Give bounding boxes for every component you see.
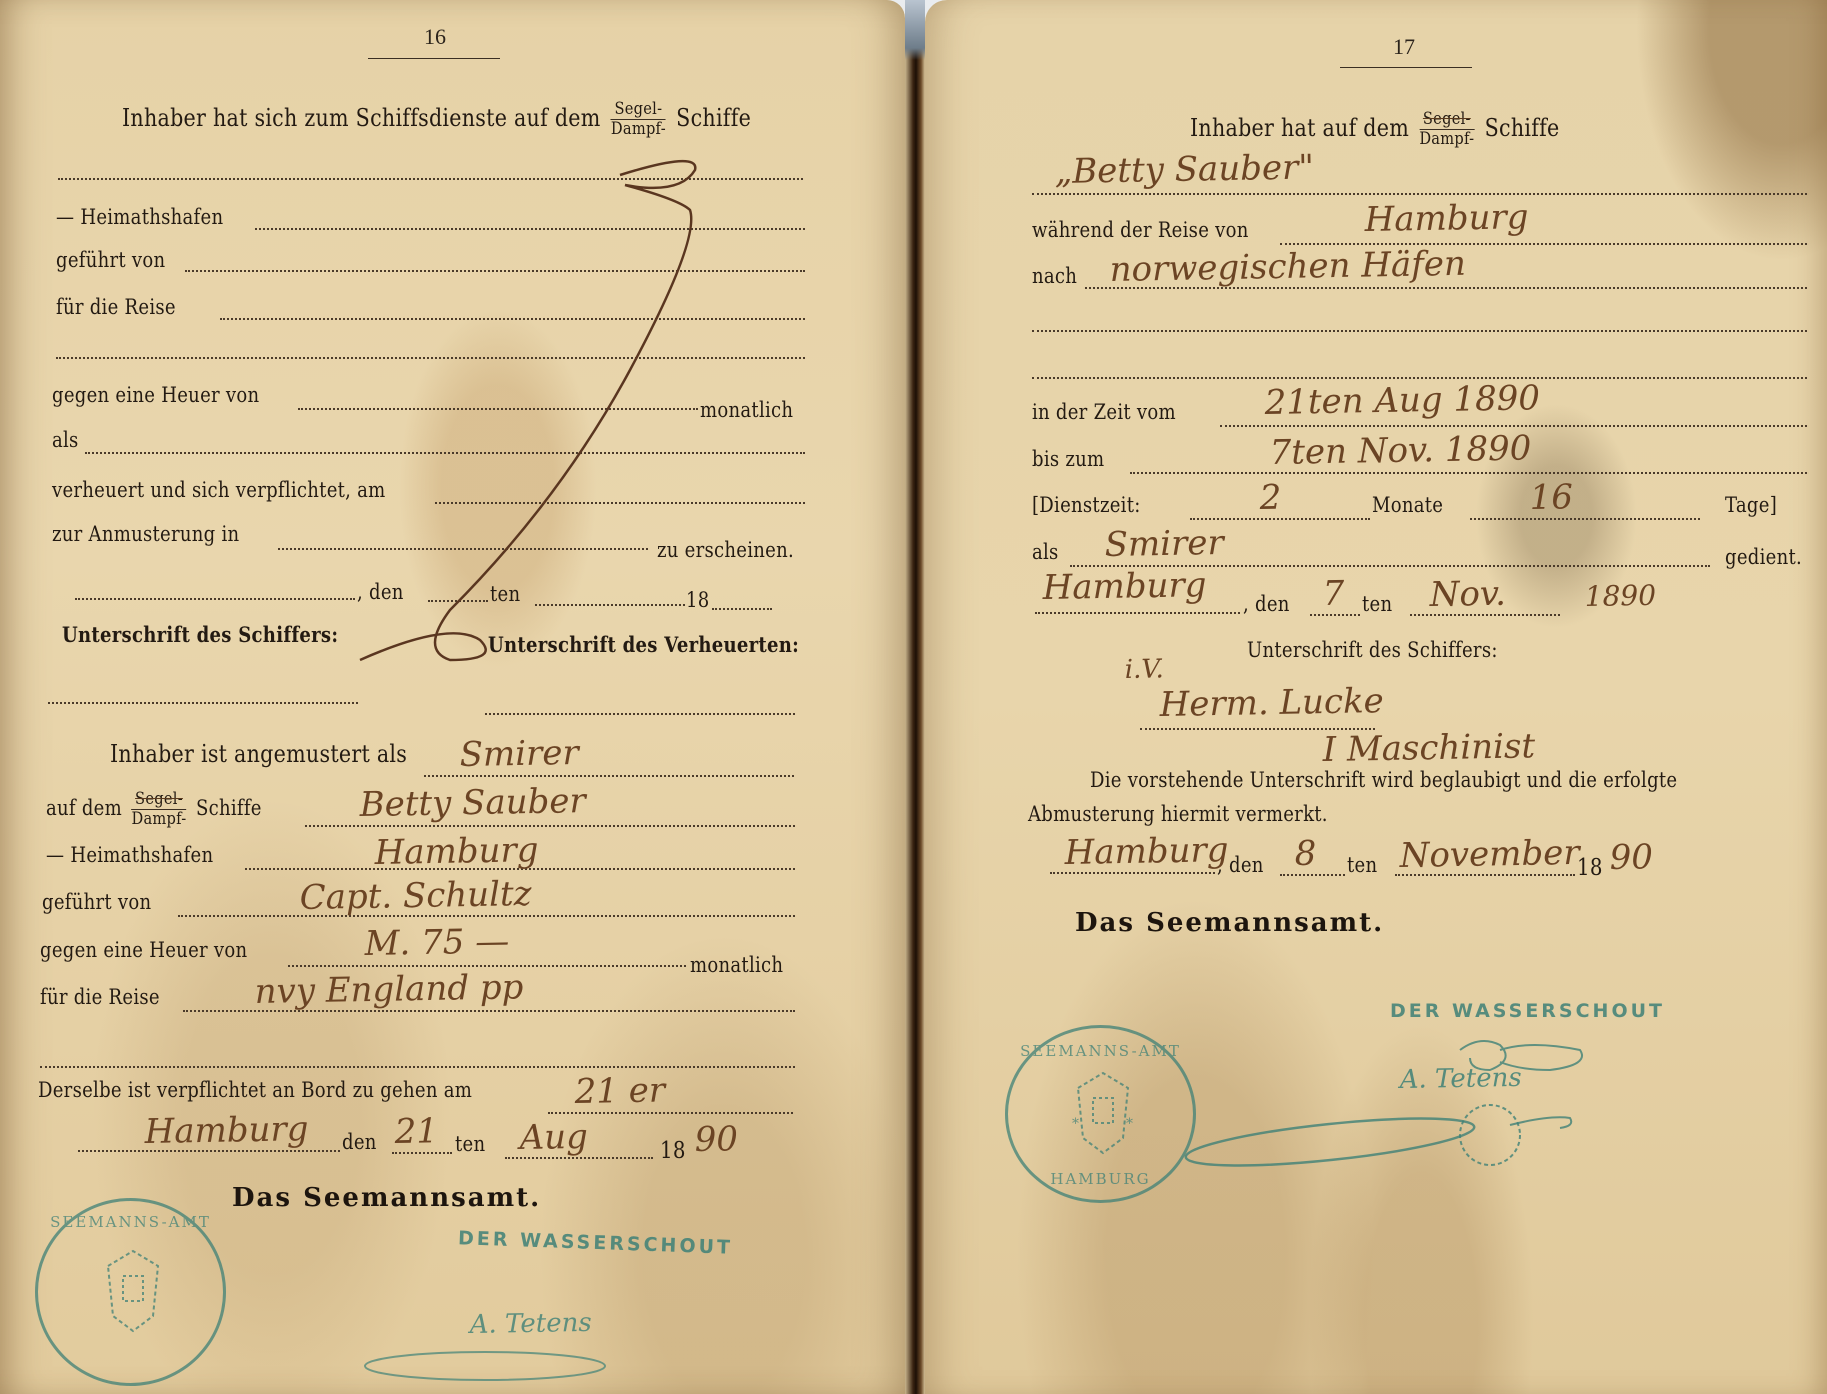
ship-label: auf dem Segel- Dampf- Schiffe (46, 790, 262, 829)
heading-schiffe: Schiffe (676, 104, 751, 132)
seal-ring-top: SEEMANNS-AMT (1008, 1042, 1193, 1060)
cert-day-value[interactable]: 8 (1294, 834, 1316, 874)
bord-label: Derselbe ist verpflichtet an Bord zu geh… (38, 1078, 472, 1102)
seal-ring-bottom: HAMBURG (1008, 1170, 1193, 1188)
seemannsamt-seal: SEEMANNS-AMT (35, 1198, 226, 1386)
spine-gap (905, 0, 925, 60)
heuer-label: gegen eine Heuer von (52, 383, 259, 407)
hamburg-crest-icon: * * (1068, 1068, 1138, 1158)
gefuehrt-von-label: geführt von (56, 248, 165, 272)
anmusterung-label: zur Anmusterung in (52, 522, 239, 546)
right-page-17: 17 Inhaber hat auf dem Segel- Dampf- Sch… (925, 0, 1827, 1394)
day-value[interactable]: 7 (1322, 574, 1344, 614)
year-field[interactable] (712, 608, 772, 610)
cert-date-den: , den (1217, 853, 1264, 877)
sig-prefix: i.V. (1124, 654, 1164, 685)
bis-zum-field[interactable] (1130, 472, 1807, 474)
signature-flourish-icon (355, 1340, 655, 1394)
day-value[interactable]: 21 (394, 1111, 438, 1152)
reise-label: für die Reise (40, 985, 160, 1009)
ship-type-fraction: Segel- Dampf- (131, 790, 186, 829)
wasserschout-signature: A. Tetens (469, 1308, 591, 1340)
sig-value[interactable]: Herm. Lucke (1159, 681, 1384, 725)
frac-segel-struck: Segel- (131, 790, 186, 810)
angemustert-label: Inhaber ist angemustert als (110, 740, 407, 768)
page-number-rule (1340, 67, 1472, 68)
zeit-vom-value[interactable]: 21ten Aug 1890 (1264, 378, 1540, 423)
page-number: 17 (1393, 34, 1415, 60)
place-value[interactable]: Hamburg (1042, 565, 1207, 608)
svg-text:*: * (1072, 1116, 1079, 1132)
dienstzeit-months[interactable]: 2 (1259, 478, 1281, 518)
frac-segel: Segel- (611, 100, 666, 120)
place-field[interactable] (1035, 612, 1240, 614)
section1-heading: Inhaber hat sich zum Schiffsdienste auf … (122, 100, 751, 139)
gefuehrt-von-value[interactable]: Capt. Schultz (299, 874, 532, 918)
month-value[interactable]: Nov. (1429, 574, 1506, 615)
bis-zum-value[interactable]: 7ten Nov. 1890 (1269, 428, 1531, 473)
heimathshafen-label: — Heimathshafen (46, 843, 213, 867)
sig-schiffer-label: Unterschrift des Schiffers: (1247, 638, 1498, 662)
monate-label: Monate (1372, 493, 1443, 517)
nach-value[interactable]: norwegischen Häfen (1109, 244, 1466, 290)
certification-line2: Abmusterung hiermit vermerkt. (1028, 802, 1328, 826)
reise-field-2[interactable] (40, 1066, 795, 1068)
page-number: 16 (424, 24, 446, 50)
cert-date-ten: ten (1347, 853, 1377, 877)
left-page-16: 16 Inhaber hat sich zum Schiffsdienste a… (0, 0, 905, 1394)
tage-label: Tage] (1725, 493, 1777, 517)
heading-text: Inhaber hat auf dem (1190, 114, 1409, 142)
date-ten: ten (1362, 592, 1392, 616)
angemustert-field[interactable] (424, 775, 794, 777)
wasserschout-stamp: DER WASSERSCHOUT (1390, 1000, 1665, 1022)
als-label: als (1032, 540, 1059, 564)
reise-von-value[interactable]: Hamburg (1364, 197, 1529, 240)
date-den: den (342, 1130, 377, 1154)
frac-dampf: Dampf- (131, 809, 186, 829)
seemannsamt-seal: SEEMANNS-AMT HAMBURG * * (1005, 1025, 1196, 1203)
heading: Inhaber hat auf dem Segel- Dampf- Schiff… (1190, 110, 1560, 149)
reise-von-label: während der Reise von (1032, 218, 1249, 242)
als-label: als (52, 428, 79, 452)
page-number-rule (368, 58, 500, 59)
dienstzeit-months-field[interactable] (1190, 518, 1370, 520)
month-value[interactable]: Aug (519, 1117, 588, 1158)
ship-label-post: Schiffe (196, 796, 262, 820)
nach-label: nach (1032, 264, 1077, 288)
bis-zum-label: bis zum (1032, 447, 1104, 471)
authority-title: Das Seemannsamt. (232, 1183, 541, 1213)
dienstzeit-days[interactable]: 16 (1529, 477, 1573, 518)
ship-type-fraction: Segel- Dampf- (1419, 110, 1474, 149)
angemustert-value[interactable]: Smirer (459, 733, 579, 775)
year-prefix: 18 (660, 1138, 686, 1164)
gedient-label: gedient. (1725, 545, 1802, 569)
seal-ring-text: SEEMANNS-AMT (38, 1213, 223, 1231)
als-value[interactable]: Smirer (1104, 523, 1224, 565)
frac-dampf: Dampf- (1419, 129, 1474, 149)
cert-month-value[interactable]: November (1399, 833, 1580, 876)
bord-value[interactable]: 21 er (574, 1070, 665, 1112)
ship-value[interactable]: Betty Sauber (359, 781, 586, 825)
cross-out-stroke-icon (300, 140, 720, 680)
ship-field[interactable] (1032, 193, 1807, 195)
svg-text:*: * (1126, 1116, 1133, 1132)
ship-field[interactable] (305, 825, 795, 827)
heading-text: Inhaber hat sich zum Schiffsdienste auf … (122, 104, 601, 132)
signature-flourish-icon (1170, 1030, 1590, 1180)
ship-label-pre: auf dem (46, 796, 122, 820)
date-den: , den (1243, 592, 1290, 616)
gefuehrt-von-field[interactable] (178, 915, 795, 917)
wasserschout-stamp: DER WASSERSCHOUT (458, 1227, 734, 1259)
heuer-value[interactable]: M. 75 — (364, 921, 509, 964)
cert-place-value[interactable]: Hamburg (1064, 830, 1229, 873)
cert-day-field[interactable] (1280, 874, 1345, 876)
date-ten: ten (455, 1132, 485, 1156)
frac-dampf: Dampf- (611, 119, 666, 139)
nach-field-3[interactable] (1032, 377, 1807, 379)
heimathshafen-value[interactable]: Hamburg (374, 830, 539, 873)
gefuehrt-von-label: geführt von (42, 890, 151, 914)
day-field[interactable] (1310, 614, 1360, 616)
certification-line1: Die vorstehende Unterschrift wird beglau… (1090, 768, 1677, 792)
sig-schiffer-line[interactable] (48, 702, 358, 704)
zeit-vom-field[interactable] (1220, 425, 1807, 427)
ship-value[interactable]: „Betty Sauber" (1054, 147, 1314, 192)
heimathshafen-label: — Heimathshafen (56, 205, 223, 229)
year-value[interactable]: 1890 (1584, 579, 1656, 613)
zeit-vom-label: in der Zeit vom (1032, 400, 1176, 424)
heading-schiffe: Schiffe (1485, 114, 1560, 142)
book-spine (905, 0, 925, 1394)
heuer-label: gegen eine Heuer von (40, 938, 247, 962)
sig-title: I Maschinist (1322, 726, 1535, 770)
angemustert-row: Inhaber ist angemustert als (110, 740, 456, 768)
authority-title: Das Seemannsamt. (1075, 908, 1384, 938)
reise-value[interactable]: nvy England pp (254, 967, 523, 1012)
cert-year-value[interactable]: 90 (1609, 837, 1653, 878)
nach-field-2[interactable] (1032, 330, 1807, 332)
frac-segel-struck: Segel- (1419, 110, 1474, 130)
dienstzeit-days-field[interactable] (1470, 518, 1700, 520)
ship-type-fraction: Segel- Dampf- (611, 100, 666, 139)
reise-label: für die Reise (56, 295, 176, 319)
heuer-suffix: monatlich (690, 953, 783, 977)
place-value[interactable]: Hamburg (144, 1109, 309, 1152)
year-value[interactable]: 90 (694, 1119, 738, 1160)
hamburg-crest-icon (98, 1246, 168, 1336)
sig-verheuerter-line[interactable] (485, 713, 795, 715)
sig-schiffer-label: Unterschrift des Schiffers: (62, 622, 338, 647)
day-field[interactable] (392, 1152, 452, 1154)
bord-field[interactable] (548, 1112, 793, 1114)
dienstzeit-label: [Dienstzeit: (1032, 493, 1141, 517)
heuer-field[interactable] (288, 965, 686, 967)
cert-year-prefix: 18 (1577, 855, 1603, 881)
